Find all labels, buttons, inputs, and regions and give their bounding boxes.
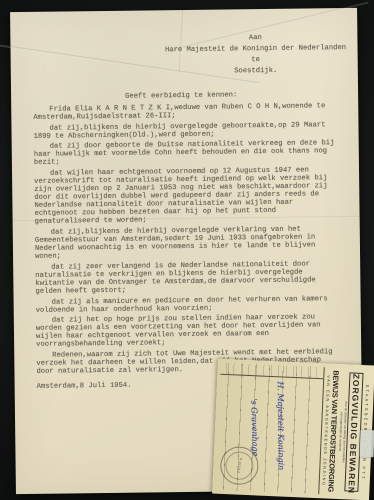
receipt-form-grid: H. Majesteit Koningin 's Gravenhage 9 VI…: [215, 363, 324, 494]
tape-fragment: [360, 430, 374, 457]
letter-paragraph: dat zij zeer verlangend is de Nederlands…: [35, 260, 340, 296]
handwriting-city: 's Gravenhage: [249, 398, 260, 456]
postmark-date: 9 VII 54: [236, 458, 243, 474]
date-line: Amsterdam,8 Juli 1954.: [37, 382, 132, 391]
handwriting-addressee: H. Majesteit Koningin: [276, 381, 286, 470]
recipient-line: Soestdijk.: [151, 65, 361, 79]
typewritten-letter: Aan Hare Majesteit de Koningin der Neder…: [32, 32, 341, 391]
letter-paragraph: dat zij het op hoge prijs zou stellen in…: [36, 313, 341, 349]
letter-paragraph: dat zij,blijkens de hierbij overgelegde …: [35, 225, 340, 261]
letter-paragraph: dat zij,blijkens de hierbij overgelegde …: [33, 121, 338, 141]
letter-paragraph: dat zij als manicure en pedicure en door…: [36, 295, 341, 315]
letter-paragraph: dat wijlen haar echtgenoot voornoemd op …: [34, 166, 340, 226]
letter-paragraph: dat zij door geboorte de Duitse national…: [34, 139, 339, 167]
letter-paragraph: Frida Elia K A R N E T Z K I,weduwe van …: [33, 102, 338, 122]
salutation: Geeft eerbiedig te kennen:: [125, 90, 338, 101]
postal-receipt: STAATSBEDRIJF DER PTT ZORGVULDIG BEWAREN…: [212, 359, 374, 500]
recipient-block: Aan Hare Majesteit de Koningin der Neder…: [150, 32, 361, 79]
postmark-stamp: 9 VII 54: [219, 446, 259, 486]
form-left-strip: [220, 363, 323, 379]
keep-notice: ZORGVULDIG BEWAREN: [346, 373, 361, 490]
